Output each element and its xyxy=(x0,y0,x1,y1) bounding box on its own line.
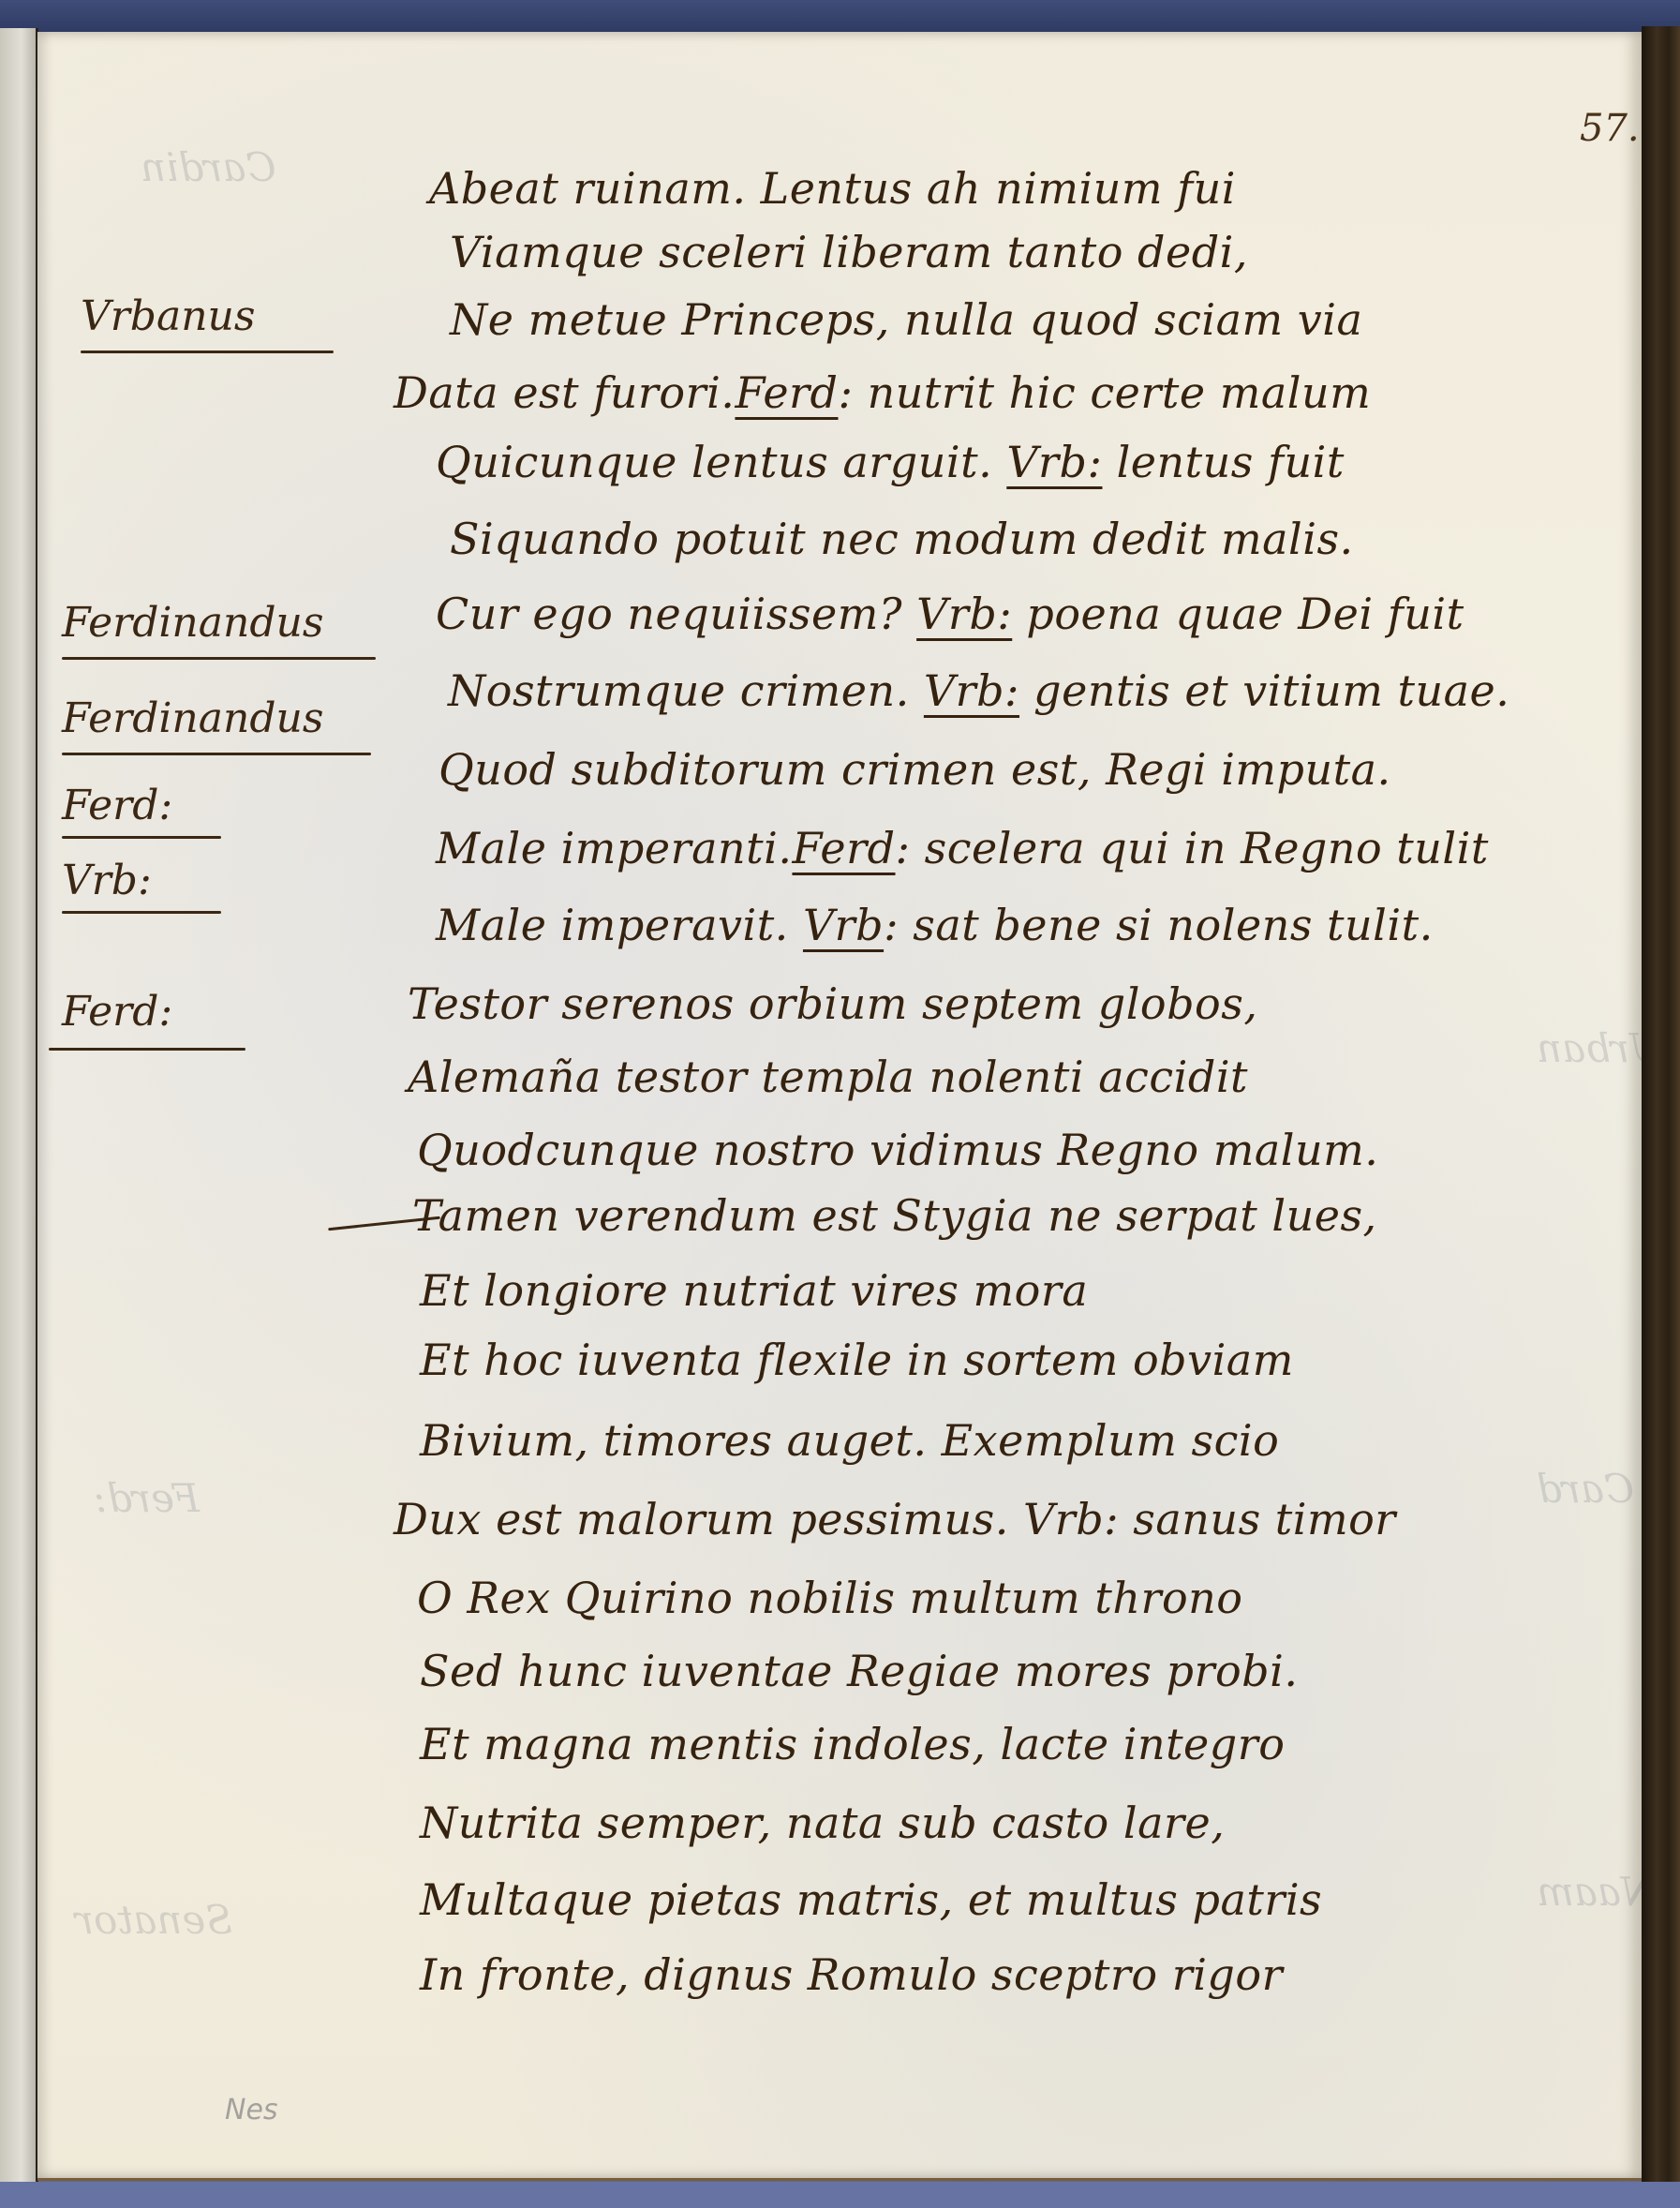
scan-background-top xyxy=(0,0,1680,32)
speaker-underline xyxy=(62,836,221,839)
verse-text: Bivium, timores auget. Exemplum scio xyxy=(420,1415,1279,1466)
verse-line: Cur ego nequiissem? Vrb: poena quae Dei … xyxy=(436,589,1464,639)
verse-text: Viamque sceleri liberam tanto dedi, xyxy=(450,227,1248,277)
verse-line: Et longiore nutriat vires mora xyxy=(420,1265,1088,1316)
verse-text: Testor serenos orbium septem globos, xyxy=(408,978,1257,1029)
verse-line: Male imperanti.Ferd: scelera qui in Regn… xyxy=(436,823,1489,873)
verse-text: Quod subditorum crimen est, Regi imputa. xyxy=(439,744,1391,795)
verse-line: Ne metue Princeps, nulla quod sciam via xyxy=(450,294,1362,345)
verse-text: Et hoc iuventa flexile in sortem obviam xyxy=(420,1335,1294,1385)
verse-text: Tamen verendum est Stygia ne serpat lues… xyxy=(412,1190,1377,1241)
verse-line: Abeat ruinam. Lentus ah nimium fui xyxy=(429,163,1236,214)
speaker-name: Ferd: xyxy=(62,782,172,829)
verse-line: Quodcunque nostro vidimus Regno malum. xyxy=(417,1125,1378,1175)
speaker-label: Ferd: xyxy=(62,988,172,1036)
verse-line: Quod subditorum crimen est, Regi imputa. xyxy=(439,744,1391,795)
verse-line: Siquando potuit nec modum dedit malis. xyxy=(450,514,1354,564)
verse-text: Nutrita semper, nata sub casto lare, xyxy=(420,1798,1225,1848)
bleed-through-text: Ferd: xyxy=(94,1475,200,1521)
speaker-name: Vrb: xyxy=(62,857,152,904)
verse-line: Sed hunc iuventae Regiae mores probi. xyxy=(420,1646,1298,1696)
verse-text: Alemaña testor templa nolenti accidit xyxy=(408,1052,1248,1102)
verse-line: Nutrita semper, nata sub casto lare, xyxy=(420,1798,1225,1848)
bleed-through-text: Naam xyxy=(1537,1869,1656,1915)
verse-text: lentus fuit xyxy=(1102,437,1344,487)
verse-text: : sat bene si nolens tulit. xyxy=(884,900,1434,950)
verse-text: O Rex Quirino nobilis multum throno xyxy=(417,1573,1243,1623)
speaker-name: Vrbanus xyxy=(81,292,255,340)
verse-line: Bivium, timores auget. Exemplum scio xyxy=(420,1415,1279,1466)
verse-line: Nostrumque crimen. Vrb: gentis et vitium… xyxy=(448,665,1509,716)
bleed-through-text: Cardin xyxy=(141,144,276,190)
manuscript-page: Cardin Ferd: Senator Urban Card Naam 57.… xyxy=(37,32,1642,2181)
verse-text: Male imperavit. xyxy=(436,900,789,950)
bleed-through-text: Card xyxy=(1537,1466,1634,1512)
verse-line: Tamen verendum est Stygia ne serpat lues… xyxy=(412,1190,1377,1241)
verse-text: Sed hunc iuventae Regiae mores probi. xyxy=(420,1646,1298,1696)
speaker-abbreviation: Vrb: xyxy=(1006,437,1102,487)
speaker-name: Ferd: xyxy=(62,988,172,1036)
pencil-annotation: Nes xyxy=(225,2094,278,2126)
verse-text: Multaque pietas matris, et multus patris xyxy=(420,1874,1322,1925)
verse-text: Cur ego nequiissem? xyxy=(436,589,902,639)
speaker-label: Vrb: xyxy=(62,857,152,904)
scan-background-bottom xyxy=(0,2182,1680,2208)
previous-page-edge xyxy=(0,28,38,2184)
speaker-abbreviation: Vrb: xyxy=(924,665,1019,716)
speaker-label: Ferdinandus xyxy=(62,599,323,647)
speaker-label: Vrbanus xyxy=(81,292,255,340)
verse-text: Siquando potuit nec modum dedit malis. xyxy=(450,514,1354,564)
verse-text: Quodcunque nostro vidimus Regno malum. xyxy=(417,1125,1378,1175)
verse-text: : scelera qui in Regno tulit xyxy=(896,823,1489,873)
verse-text: poena quae Dei fuit xyxy=(1012,589,1464,639)
verse-text: Et magna mentis indoles, lacte integro xyxy=(420,1719,1285,1769)
verse-text: Abeat ruinam. Lentus ah nimium fui xyxy=(429,163,1236,214)
speaker-underline xyxy=(62,753,371,755)
verse-line: In fronte, dignus Romulo sceptro rigor xyxy=(420,1949,1283,2000)
verse-line: Testor serenos orbium septem globos, xyxy=(408,978,1257,1029)
verse-line: Multaque pietas matris, et multus patris xyxy=(420,1874,1322,1925)
bleed-through-text: Senator xyxy=(75,1897,232,1943)
verse-text: Nostrumque crimen. xyxy=(448,665,910,716)
verse-line: Et magna mentis indoles, lacte integro xyxy=(420,1719,1285,1769)
verse-text: In fronte, dignus Romulo sceptro rigor xyxy=(420,1949,1283,2000)
speaker-underline xyxy=(62,911,221,914)
verse-line: Alemaña testor templa nolenti accidit xyxy=(408,1052,1248,1102)
book-spine-edge xyxy=(1642,26,1680,2182)
verse-text: Et longiore nutriat vires mora xyxy=(420,1265,1088,1316)
speaker-abbreviation: Vrb: xyxy=(916,589,1012,639)
verse-text: : nutrit hic certe malum xyxy=(839,367,1372,418)
verse-line: Viamque sceleri liberam tanto dedi, xyxy=(450,227,1248,277)
verse-line: Data est furori.Ferd: nutrit hic certe m… xyxy=(394,367,1371,418)
verse-text: Ne metue Princeps, nulla quod sciam via xyxy=(450,294,1362,345)
page-number: 57. xyxy=(1580,107,1640,150)
speaker-underline xyxy=(62,657,376,660)
speaker-label: Ferd: xyxy=(62,782,172,829)
verse-line: O Rex Quirino nobilis multum throno xyxy=(417,1573,1243,1623)
speaker-name: Ferdinandus xyxy=(62,599,323,647)
speaker-underline xyxy=(49,1048,245,1051)
verse-line: Male imperavit. Vrb: sat bene si nolens … xyxy=(436,900,1434,950)
verse-line: Quicunque lentus arguit. Vrb: lentus fui… xyxy=(436,437,1345,487)
verse-text: Data est furori. xyxy=(394,367,735,418)
speaker-abbreviation: Vrb xyxy=(803,900,884,950)
speaker-name: Ferdinandus xyxy=(62,694,323,742)
verse-text: Male imperanti. xyxy=(436,823,792,873)
speaker-abbreviation: Ferd xyxy=(735,367,838,418)
verse-text: Dux est malorum pessimus. Vrb: sanus tim… xyxy=(394,1494,1396,1544)
speaker-label: Ferdinandus xyxy=(62,694,323,742)
verse-line: Dux est malorum pessimus. Vrb: sanus tim… xyxy=(394,1494,1396,1544)
verse-line: Et hoc iuventa flexile in sortem obviam xyxy=(420,1335,1294,1385)
verse-text: gentis et vitium tuae. xyxy=(1019,665,1509,716)
speaker-underline xyxy=(81,351,334,353)
speaker-abbreviation: Ferd xyxy=(792,823,895,873)
verse-text: Quicunque lentus arguit. xyxy=(436,437,992,487)
